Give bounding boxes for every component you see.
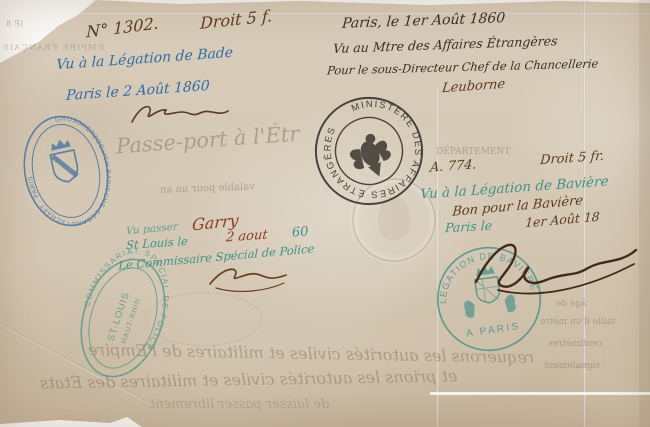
faded-bottom-line3: de laisser passer librement: [150, 398, 329, 411]
bavaria-stamp-bottom-text: A PARIS: [466, 321, 522, 340]
scanned-document: (P. 8 EMPIRE FRANÇAIS Passe-port à l'Étr…: [0, 0, 650, 427]
police-visa-date: 2 aout: [225, 228, 268, 244]
faded-corner-title: EMPIRE FRANÇAIS: [2, 44, 104, 53]
faded-col-signalement: signalement: [544, 362, 600, 371]
baden-visa-signature: [128, 100, 232, 130]
baden-crowned-shield-icon: [48, 137, 80, 184]
faded-col-height: taille d'un mètre: [540, 318, 616, 327]
police-visa-year: 60: [292, 225, 309, 239]
fold-edge-strip: [639, 0, 650, 427]
fold-white-streak: [430, 392, 650, 395]
faded-department-label: DÉPARTEMENT: [436, 148, 510, 157]
faded-col-cm: centimètres: [548, 340, 602, 349]
bavaria-visa-number: A. 774.: [430, 158, 477, 174]
imperial-eagle-icon: [345, 129, 397, 184]
faded-corner-fragment: (P. 8: [6, 20, 23, 28]
bavaria-visa-signature: [468, 230, 646, 304]
police-visa-signature: [204, 262, 294, 294]
